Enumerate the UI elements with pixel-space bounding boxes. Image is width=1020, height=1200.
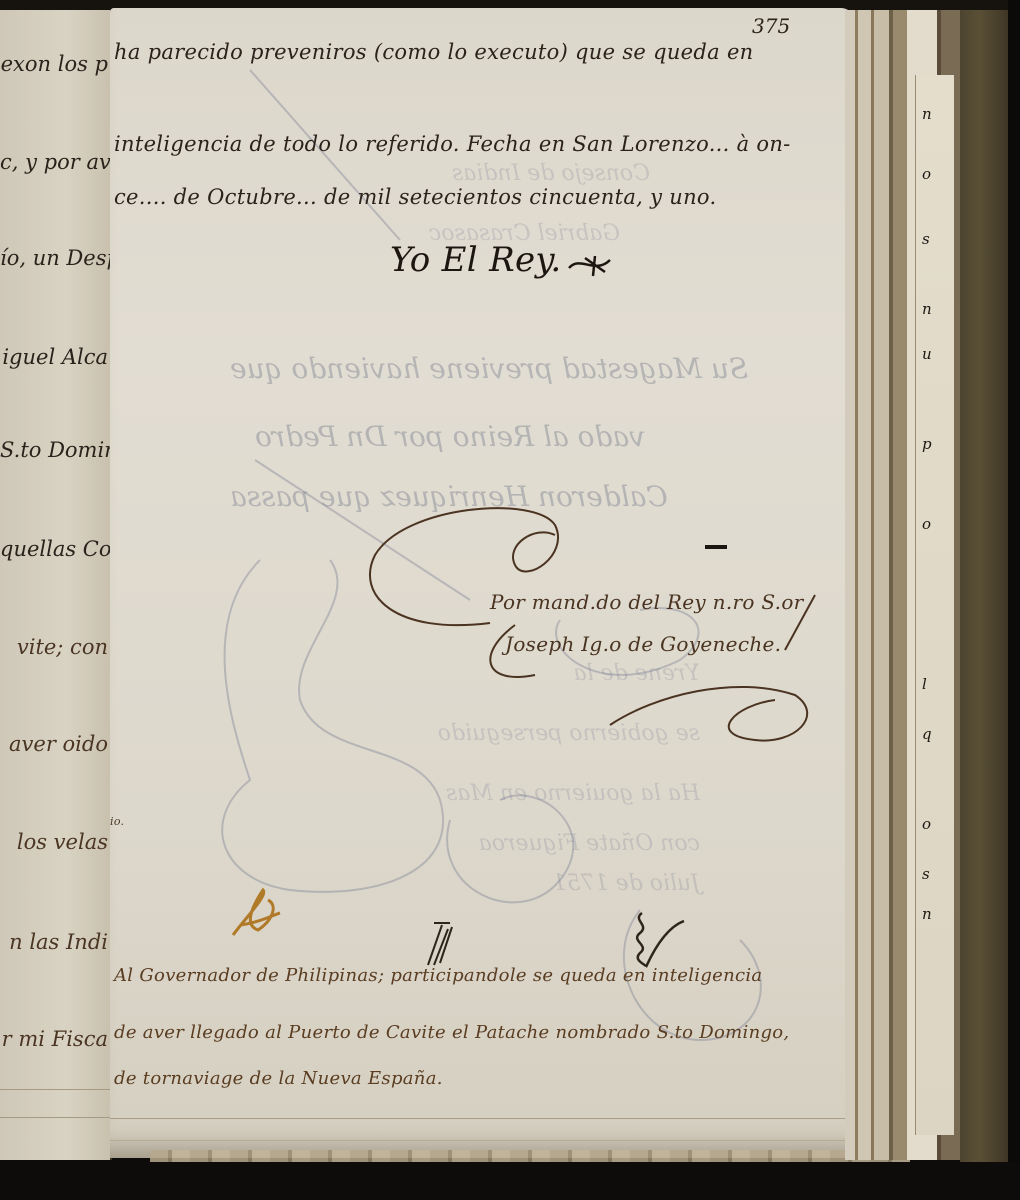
summary-line: de tornaviage de la Nueva España. (114, 1068, 443, 1089)
summary-line: Al Governador de Philipinas; participand… (114, 965, 762, 986)
svg-text:con Oñate Figueroa: con Oñate Figueroa (479, 831, 700, 856)
tab-mark: u (922, 345, 932, 363)
margin-fragment: io. (110, 815, 124, 828)
countersignature-line: Joseph Ig.o de Goyeneche. (505, 632, 781, 656)
tab-mark: s (922, 865, 930, 883)
tab-mark: s (922, 230, 930, 248)
tab-mark: o (922, 165, 931, 183)
background-right (1008, 0, 1020, 1200)
tab-mark: n (922, 905, 932, 923)
background-bottom (0, 1162, 1020, 1200)
tab-mark: n (922, 105, 932, 123)
folio-number: 375 (752, 14, 790, 38)
svg-text:Ha la gouierno en Mas: Ha la gouierno en Mas (446, 781, 701, 806)
tab-mark: p (922, 435, 932, 453)
clerk-rubric-icon (420, 915, 460, 970)
clerk-rubric-icon (228, 885, 288, 940)
book-cover-edge (960, 10, 1008, 1190)
body-line: ha parecido preveniros (como lo executo)… (114, 40, 754, 64)
summary-line: de aver llegado al Puerto de Cavite el P… (114, 1022, 789, 1043)
tab-mark: n (922, 300, 932, 318)
svg-text:Julio de 1751: Julio de 1751 (553, 871, 704, 896)
rubric-icon (565, 250, 625, 280)
svg-text:Consejo de Indias: Consejo de Indias (452, 161, 650, 186)
tab-mark: q (922, 725, 932, 743)
countersignature-flourish (355, 495, 825, 755)
tab-mark: l (922, 675, 927, 693)
tab-mark: o (922, 515, 931, 533)
tab-mark: o (922, 815, 931, 833)
body-line: ce.... de Octubre... de mil setecientos … (114, 185, 716, 209)
manuscript-scan: exon los p c, y por ave ío, un Desp igue… (0, 0, 1020, 1200)
royal-signature: Yo El Rey. (390, 240, 562, 280)
body-line: inteligencia de todo lo referido. Fecha … (114, 132, 791, 156)
clerk-rubric-icon (628, 905, 688, 970)
countersignature-line: Por mand.do del Rey n.ro S.or (490, 590, 804, 614)
index-tab-strip: n o s n u p o l q o s n (915, 75, 954, 1135)
